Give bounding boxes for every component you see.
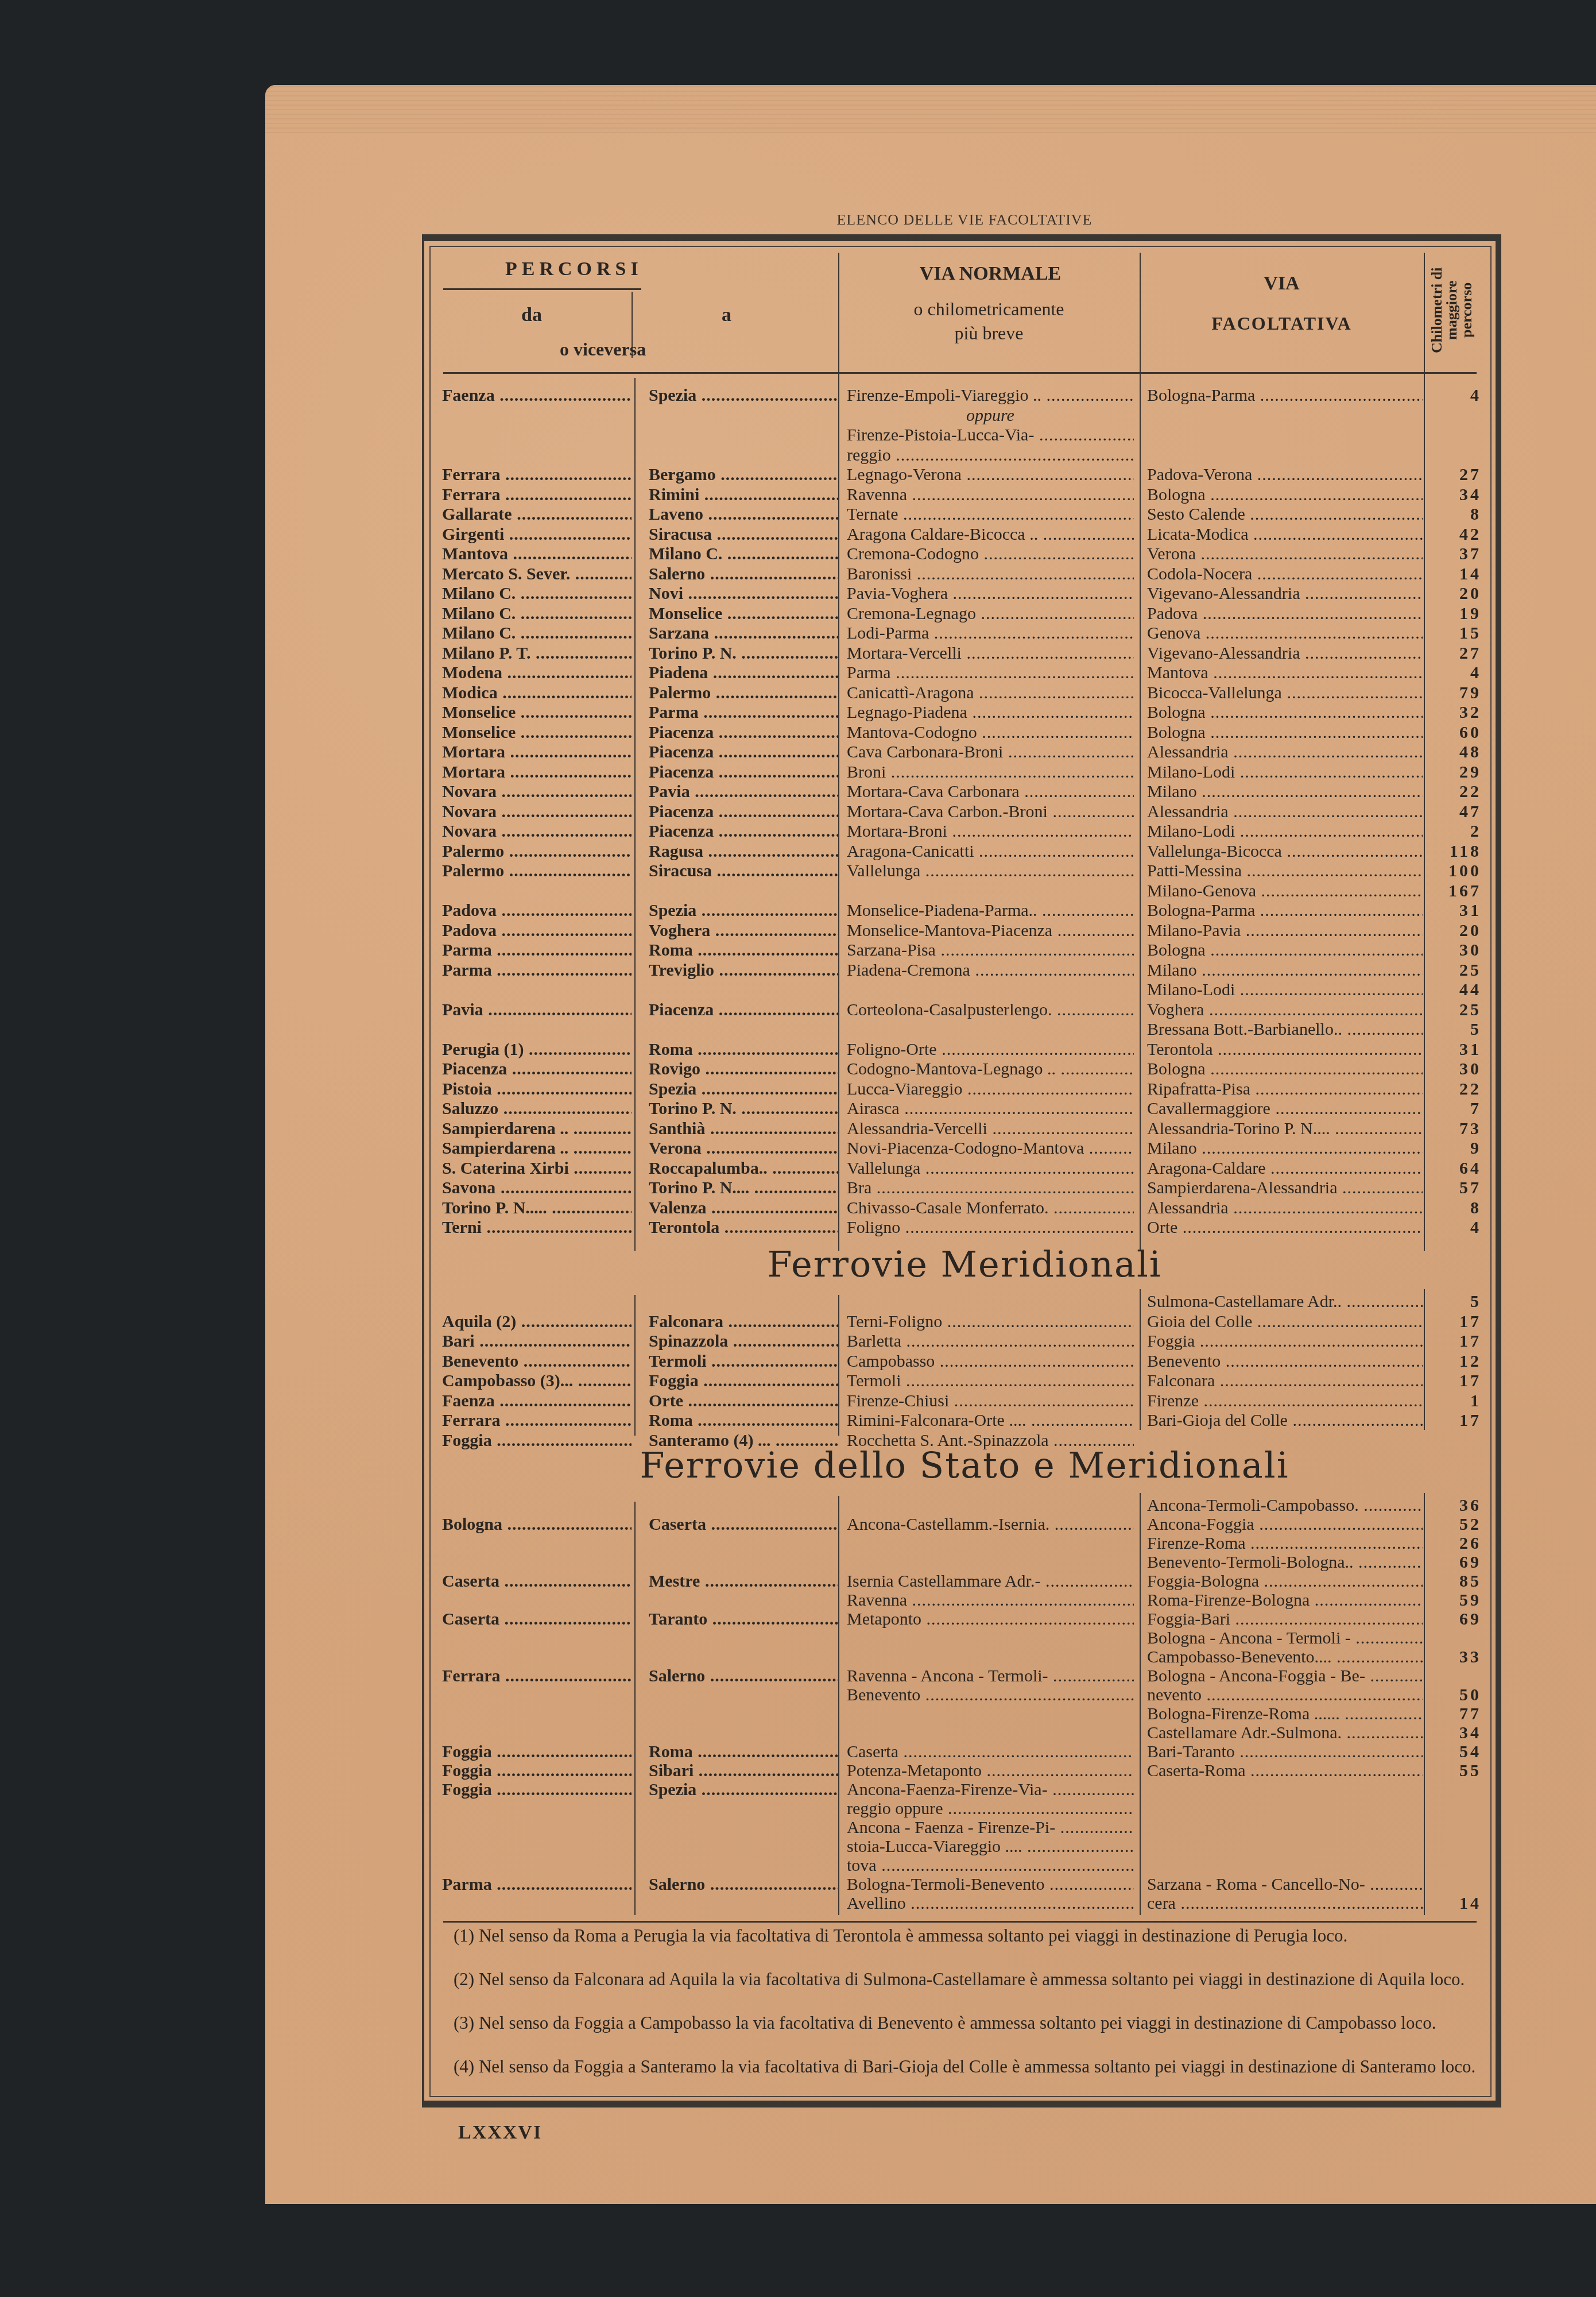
header-via-normale-sub2: più breve [838,323,1140,344]
destination-cell: Roma [649,941,838,960]
origin-cell: Saluzzo [442,1099,632,1119]
destination-cell: Rovigo [649,1059,838,1079]
via-normale-cell: Lodi-Parma [847,624,1134,643]
via-normale-cell: Vallelunga [847,1159,1134,1178]
via-facoltativa-cell: Firenze-Roma [1147,1534,1423,1553]
km-cell: 22 [1424,1080,1481,1099]
km-cell: 100 [1424,861,1481,881]
via-normale-cell: Barletta [847,1332,1134,1351]
via-normale-cell: Ravenna [847,1591,1134,1610]
via-normale-cell: Metaponto [847,1610,1134,1629]
table-row: SavonaTorino P. N....BraSampierdarena-Al… [436,1178,1493,1198]
km-cell: 1 [1424,1391,1481,1411]
header-km: Chilometri di maggiore percorso [1430,253,1475,368]
table-row: Milano C.NoviPavia-VogheraVigevano-Aless… [436,584,1493,604]
header-percorsi-rule [443,288,641,290]
via-normale-cell: Cremona-Codogno [847,544,1134,564]
origin-cell: Parma [442,1875,632,1894]
via-normale-cell: Monselice-Mantova-Piacenza [847,921,1134,941]
origin-cell: Parma [442,941,632,960]
origin-cell: Torino P. N..... [442,1198,632,1218]
table-row: FerraraBergamoLegnago-VeronaPadova-Veron… [436,465,1493,485]
via-normale-cell: Mortara-Cava Carbon.-Broni [847,802,1134,822]
km-cell: 57 [1424,1178,1481,1198]
origin-cell: Monselice [442,703,632,722]
page-stack-edges [265,85,1596,133]
via-facoltativa-cell: Benevento-Termoli-Bologna.. [1147,1553,1423,1572]
table-row: Aquila (2)FalconaraTerni-FolignoGioia de… [436,1312,1493,1332]
km-cell: 8 [1424,505,1481,524]
via-normale-cell: Firenze-Chiusi [847,1391,1134,1411]
table-row: MantovaMilano C.Cremona-CodognoVerona37 [436,544,1493,564]
table-row: reggio oppure [436,1799,1493,1819]
via-normale-cell: Broni [847,763,1134,782]
via-normale-cell: Lucca-Viareggio [847,1080,1134,1099]
via-normale-cell: Ternate [847,505,1134,524]
destination-cell: Spezia [649,386,838,405]
via-facoltativa-cell: Foggia-Bologna [1147,1572,1423,1591]
via-normale-cell: Firenze-Pistoia-Lucca-Via- [847,426,1134,445]
via-facoltativa-cell: Sesto Calende [1147,505,1423,524]
via-facoltativa-cell: Bicocca-Vallelunga [1147,683,1423,703]
km-cell: 47 [1424,802,1481,822]
section-title-stato-meridionali: Ferrovie dello Stato e Meridionali [436,1444,1493,1486]
table-row: MortaraPiacenzaBroniMilano-Lodi29 [436,763,1493,782]
origin-cell: Terni [442,1218,632,1238]
destination-cell: Siracusa [649,525,838,544]
table-row: Beneventonevento50 [436,1685,1493,1705]
via-normale-cell: Monselice-Piadena-Parma.. [847,901,1134,921]
table-row: Bressana Bott.-Barbianello..5 [436,1020,1493,1039]
table-row: FoggiaSibariPotenza-MetapontoCaserta-Rom… [436,1761,1493,1781]
destination-cell: Caserta [649,1515,838,1534]
table-row: PalermoRagusaAragona-CanicattiVallelunga… [436,842,1493,861]
table-row: Ancona - Faenza - Firenze-Pi- [436,1818,1493,1838]
via-facoltativa-cell: Alessandria [1147,802,1423,822]
origin-cell: Milano C. [442,624,632,643]
via-normale-cell: Aragona Caldare-Bicocca .. [847,525,1134,544]
via-facoltativa-cell: Bologna - Ancona-Foggia - Be- [1147,1666,1423,1686]
via-facoltativa-cell: Vallelunga-Bicocca [1147,842,1423,861]
via-normale-cell: Codogno-Mantova-Legnago .. [847,1059,1134,1079]
via-facoltativa-cell: Bologna [1147,703,1423,722]
km-cell: 7 [1424,1099,1481,1119]
destination-cell: Salerno [649,1666,838,1686]
destination-cell: Torino P. N. [649,1099,838,1119]
km-cell: 5 [1424,1292,1481,1312]
via-normale-cell: Mortara-Cava Carbonara [847,782,1134,802]
table-row: PaviaPiacenzaCorteolona-Casalpusterlengo… [436,1000,1493,1020]
origin-cell: Padova [442,901,632,921]
via-normale-cell: Termoli [847,1371,1134,1391]
table-row: NovaraPiacenzaMortara-BroniMilano-Lodi2 [436,822,1493,841]
origin-cell: Benevento [442,1352,632,1371]
header-da: da [521,304,542,326]
origin-cell: Parma [442,961,632,980]
km-cell: 14 [1424,564,1481,584]
origin-cell: Milano C. [442,604,632,624]
via-normale-cell: Alessandria-Vercelli [847,1119,1134,1139]
via-facoltativa-cell: nevento [1147,1685,1423,1705]
destination-cell: Spinazzola [649,1332,838,1351]
destination-cell: Treviglio [649,961,838,980]
via-facoltativa-cell: Bari-Gioja del Colle [1147,1411,1423,1430]
destination-cell: Voghera [649,921,838,941]
table-row: stoia-Lucca-Viareggio .... [436,1837,1493,1857]
table-row: Firenze-Pistoia-Lucca-Via- [436,426,1493,445]
table-row: Benevento-Termoli-Bologna..69 [436,1553,1493,1572]
destination-cell: Spezia [649,901,838,921]
destination-cell: Torino P. N.... [649,1178,838,1198]
km-cell: 20 [1424,584,1481,604]
km-cell: 48 [1424,743,1481,762]
destination-cell: Parma [649,703,838,722]
via-normale-cell: Aragona-Canicatti [847,842,1134,861]
via-facoltativa-cell: Campobasso-Benevento.... [1147,1648,1423,1667]
via-normale-cell: Ancona-Faenza-Firenze-Via- [847,1780,1134,1800]
table-row: Perugia (1)RomaFoligno-OrteTerontola31 [436,1040,1493,1059]
km-cell: 55 [1424,1761,1481,1781]
table-row: Campobasso-Benevento....33 [436,1648,1493,1667]
table-row: Sampierdarena ..VeronaNovi-Piacenza-Codo… [436,1139,1493,1158]
via-normale-cell: Sarzana-Pisa [847,941,1134,960]
destination-cell: Novi [649,584,838,604]
km-cell: 64 [1424,1159,1481,1178]
destination-cell: Palermo [649,683,838,703]
via-normale-cell: Baronissi [847,564,1134,584]
via-facoltativa-cell: Bologna [1147,941,1423,960]
header-facoltativa: FACOLTATIVA [1140,313,1424,334]
table-row: FoggiaRomaCasertaBari-Taranto54 [436,1742,1493,1762]
via-normale-cell: Firenze-Empoli-Viareggio .. [847,386,1134,405]
via-normale-cell: Benevento [847,1685,1134,1705]
destination-cell: Torino P. N. [649,644,838,663]
km-cell: 27 [1424,644,1481,663]
table-row: FerraraRomaRimini-Falconara-Orte ....Bar… [436,1411,1493,1430]
via-facoltativa-cell: Genova [1147,624,1423,643]
via-facoltativa-cell: Padova-Verona [1147,465,1423,485]
via-normale-cell: Corteolona-Casalpusterlengo. [847,1000,1134,1020]
origin-cell: Foggia [442,1742,632,1762]
via-normale-cell: Avellino [847,1894,1134,1913]
running-title: ELENCO DELLE VIE FACOLTATIVE [781,211,1148,229]
km-cell: 59 [1424,1591,1481,1610]
origin-cell: Ferrara [442,485,632,505]
via-facoltativa-cell: Alessandria [1147,1198,1423,1218]
via-facoltativa-cell: Padova [1147,604,1423,624]
destination-cell: Piacenza [649,802,838,822]
via-facoltativa-cell: Benevento [1147,1352,1423,1371]
destination-cell: Salerno [649,1875,838,1894]
via-facoltativa-cell: cera [1147,1894,1423,1913]
table-row: Milano-Genova167 [436,881,1493,901]
via-facoltativa-cell: Sampierdarena-Alessandria [1147,1178,1423,1198]
km-cell: 22 [1424,782,1481,802]
km-cell: 29 [1424,763,1481,782]
origin-cell: Faenza [442,1391,632,1411]
via-facoltativa-cell: Milano [1147,1139,1423,1158]
origin-cell: Monselice [442,723,632,743]
via-normale-cell: Legnago-Verona [847,465,1134,485]
via-normale-cell: tova [847,1856,1134,1876]
table-row: FerraraRiminiRavennaBologna34 [436,485,1493,505]
via-normale-cell: Airasca [847,1099,1134,1119]
origin-cell: Bari [442,1332,632,1351]
km-cell: 50 [1424,1685,1481,1705]
destination-cell: Pavia [649,782,838,802]
via-normale-cell: Mortara-Vercelli [847,644,1134,663]
km-cell: 4 [1424,663,1481,683]
header-bottom-rule [443,372,1477,374]
origin-cell: Mantova [442,544,632,564]
via-facoltativa-cell: Castellamare Adr.-Sulmona. [1147,1723,1423,1743]
km-cell: 167 [1424,881,1481,901]
km-cell: 25 [1424,961,1481,980]
km-cell: 79 [1424,683,1481,703]
table-row: GirgentiSiracusaAragona Caldare-Bicocca … [436,525,1493,544]
destination-cell: Monselice [649,604,838,624]
via-facoltativa-cell: Bressana Bott.-Barbianello.. [1147,1020,1423,1039]
via-facoltativa-cell: Milano-Pavia [1147,921,1423,941]
destination-cell: Valenza [649,1198,838,1218]
table-row: Torino P. N.....ValenzaChivasso-Casale M… [436,1198,1493,1218]
page-number: LXXXVI [458,2122,542,2144]
via-facoltativa-cell: Patti-Messina [1147,861,1423,881]
km-cell: 44 [1424,980,1481,1000]
via-facoltativa-cell: Verona [1147,544,1423,564]
via-facoltativa-cell: Bologna-Parma [1147,386,1423,405]
via-normale-cell: Bra [847,1178,1134,1198]
via-facoltativa-cell: Bari-Taranto [1147,1742,1423,1762]
destination-cell: Piacenza [649,763,838,782]
via-normale-cell: reggio [847,446,1134,465]
via-facoltativa-cell: Firenze [1147,1391,1423,1411]
via-facoltativa-cell: Orte [1147,1218,1423,1238]
origin-cell: Girgenti [442,525,632,544]
header-via-normale: VIA NORMALE [870,263,1111,285]
km-cell: 17 [1424,1411,1481,1430]
table-row: FaenzaSpeziaFirenze-Empoli-Viareggio ..B… [436,386,1493,405]
km-cell: 33 [1424,1648,1481,1667]
via-facoltativa-cell: Vigevano-Alessandria [1147,644,1423,663]
table-row: TerniTerontolaFolignoOrte4 [436,1218,1493,1238]
via-facoltativa-cell: Gioia del Colle [1147,1312,1423,1332]
km-cell: 17 [1424,1371,1481,1391]
origin-cell: Modica [442,683,632,703]
via-normale-cell: Canicattì-Aragona [847,683,1134,703]
origin-cell: Foggia [442,1761,632,1781]
origin-cell: Novara [442,822,632,841]
km-cell: 19 [1424,604,1481,624]
destination-cell: Spezia [649,1780,838,1800]
table-row: Mercato S. Sever.SalernoBaronissiCodola-… [436,564,1493,584]
via-facoltativa-cell: Alessandria-Torino P. N.... [1147,1119,1423,1139]
km-cell: 8 [1424,1198,1481,1218]
km-cell: 17 [1424,1332,1481,1351]
km-cell: 42 [1424,525,1481,544]
via-normale-cell: Terni-Foligno [847,1312,1134,1332]
header-a: a [722,304,731,326]
section-title-meridionali: Ferrovie Meridionali [436,1243,1493,1285]
destination-cell: Foggia [649,1371,838,1391]
via-facoltativa-cell: Bologna [1147,485,1423,505]
km-cell: 9 [1424,1139,1481,1158]
destination-cell: Mestre [649,1572,838,1591]
table-row: Sampierdarena ..SanthiàAlessandria-Verce… [436,1119,1493,1139]
origin-cell: Caserta [442,1572,632,1591]
table-row: CasertaMestreIsernia Castellammare Adr.-… [436,1572,1493,1591]
via-facoltativa-cell: Vigevano-Alessandria [1147,584,1423,604]
table-row: Ancona-Termoli-Campobasso.36 [436,1496,1493,1515]
table-row: PistoiaSpeziaLucca-ViareggioRipafratta-P… [436,1080,1493,1099]
table-row: PiacenzaRovigoCodogno-Mantova-Legnago ..… [436,1059,1493,1079]
via-normale-cell: Piadena-Cremona [847,961,1134,980]
header-percorsi: PERCORSI [505,258,643,280]
km-cell: 17 [1424,1312,1481,1332]
destination-cell: Piacenza [649,1000,838,1020]
table-row: RavennaRoma-Firenze-Bologna59 [436,1591,1493,1610]
via-normale-cell: Campobasso [847,1352,1134,1371]
table-row: FoggiaSpeziaAncona-Faenza-Firenze-Via- [436,1780,1493,1800]
via-facoltativa-cell: Bologna - Ancona - Termoli - [1147,1629,1423,1648]
destination-cell: Piacenza [649,723,838,743]
via-facoltativa-cell: Bologna-Firenze-Roma ...... [1147,1704,1423,1724]
via-normale-cell: oppure [847,406,1134,426]
origin-cell: Novara [442,782,632,802]
via-facoltativa-cell: Milano-Lodi [1147,763,1423,782]
table-row: Campobasso (3)...FoggiaTermoliFalconara1… [436,1371,1493,1391]
via-facoltativa-cell: Ancona-Foggia [1147,1515,1423,1534]
km-cell: 12 [1424,1352,1481,1371]
via-facoltativa-cell: Sarzana - Roma - Cancello-No- [1147,1875,1423,1894]
destination-cell: Roccapalumba.. [649,1159,838,1178]
destination-cell: Laveno [649,505,838,524]
table-row: oppure [436,406,1493,426]
km-cell: 34 [1424,485,1481,505]
via-facoltativa-cell: Aragona-Caldare [1147,1159,1423,1178]
destination-cell: Roma [649,1411,838,1430]
km-cell: 20 [1424,921,1481,941]
via-facoltativa-cell: Falconara [1147,1371,1423,1391]
table-row: Milano C.SarzanaLodi-ParmaGenova15 [436,624,1493,643]
via-normale-cell: Mortara-Broni [847,822,1134,841]
via-normale-cell: Parma [847,663,1134,683]
table-row: BolognaCasertaAncona-Castellamm.-Isernia… [436,1515,1493,1534]
table-row: Castellamare Adr.-Sulmona.34 [436,1723,1493,1743]
km-cell: 37 [1424,544,1481,564]
km-cell: 85 [1424,1572,1481,1591]
destination-cell: Piacenza [649,743,838,762]
destination-cell: Sibari [649,1761,838,1781]
origin-cell: Padova [442,921,632,941]
km-cell: 14 [1424,1894,1481,1913]
origin-cell: Caserta [442,1610,632,1629]
via-normale-cell: Chivasso-Casale Monferrato. [847,1198,1134,1218]
via-normale-cell: Caserta [847,1742,1134,1762]
table-row: SaluzzoTorino P. N.AirascaCavallermaggio… [436,1099,1493,1119]
via-normale-cell: Mantova-Codogno [847,723,1134,743]
km-cell: 77 [1424,1704,1481,1724]
via-facoltativa-cell: Milano-Genova [1147,881,1423,901]
km-cell: 25 [1424,1000,1481,1020]
destination-cell: Ragusa [649,842,838,861]
origin-cell: Perugia (1) [442,1040,632,1059]
km-cell: 4 [1424,386,1481,405]
via-facoltativa-cell: Milano [1147,782,1423,802]
origin-cell: Mortara [442,763,632,782]
via-normale-cell: Pavia-Voghera [847,584,1134,604]
km-cell: 36 [1424,1496,1481,1515]
km-cell: 31 [1424,901,1481,921]
destination-cell: Santhià [649,1119,838,1139]
table-row: FerraraSalernoRavenna - Ancona - Termoli… [436,1666,1493,1686]
via-facoltativa-cell: Foggia [1147,1332,1423,1351]
via-normale-cell: Isernia Castellammare Adr.- [847,1572,1134,1591]
via-normale-cell: stoia-Lucca-Viareggio .... [847,1837,1134,1857]
table-row: ParmaSalernoBologna-Termoli-BeneventoSar… [436,1875,1493,1894]
table-row: Firenze-Roma26 [436,1534,1493,1553]
footnote-4: (4) Nel senso da Foggia a Santeramo la v… [454,2056,1487,2078]
km-cell: 73 [1424,1119,1481,1139]
origin-cell: S. Caterina Xirbi [442,1159,632,1178]
destination-cell: Salerno [649,564,838,584]
via-normale-cell: Foligno-Orte [847,1040,1134,1059]
destination-cell: Roma [649,1040,838,1059]
destination-cell: Spezia [649,1080,838,1099]
header-via-normale-sub1: o chilometricamente [838,299,1140,320]
table-row: NovaraPaviaMortara-Cava CarbonaraMilano2… [436,782,1493,802]
header-via: VIA [1140,273,1424,295]
table-row: ModenaPiadenaParmaMantova4 [436,663,1493,683]
origin-cell: Mercato S. Sever. [442,564,632,584]
origin-cell: Ferrara [442,465,632,485]
km-cell: 31 [1424,1040,1481,1059]
origin-cell: Milano C. [442,584,632,604]
via-normale-cell: Ravenna - Ancona - Termoli- [847,1666,1134,1686]
table-row: FaenzaOrteFirenze-ChiusiFirenze1 [436,1391,1493,1411]
origin-cell: Savona [442,1178,632,1198]
destination-cell: Verona [649,1139,838,1158]
km-cell: 52 [1424,1515,1481,1534]
via-facoltativa-cell: Milano-Lodi [1147,980,1423,1000]
origin-cell: Pavia [442,1000,632,1020]
origin-cell: Ferrara [442,1411,632,1430]
via-normale-cell: Bologna-Termoli-Benevento [847,1875,1134,1894]
origin-cell: Mortara [442,743,632,762]
table-row: Milano P. T.Torino P. N.Mortara-Vercelli… [436,644,1493,663]
via-normale-cell: Ravenna [847,485,1134,505]
origin-cell: Bologna [442,1515,632,1534]
origin-cell: Milano P. T. [442,644,632,663]
destination-cell: Milano C. [649,544,838,564]
table-row: Avellinocera14 [436,1894,1493,1913]
via-facoltativa-cell: Voghera [1147,1000,1423,1020]
via-facoltativa-cell: Cavallermaggiore [1147,1099,1423,1119]
km-cell: 60 [1424,723,1481,743]
km-cell: 26 [1424,1534,1481,1553]
via-normale-cell: Novi-Piacenza-Codogno-Mantova [847,1139,1134,1158]
via-facoltativa-cell: Ancona-Termoli-Campobasso. [1147,1496,1423,1515]
table-row: MonselicePiacenzaMantova-CodognoBologna6… [436,723,1493,743]
via-normale-cell: reggio oppure [847,1799,1134,1819]
table-row: S. Caterina XirbiRoccapalumba..Vallelung… [436,1159,1493,1178]
destination-cell: Rimini [649,485,838,505]
origin-cell: Palermo [442,842,632,861]
via-facoltativa-cell: Ripafratta-Pisa [1147,1080,1423,1099]
km-cell: 118 [1424,842,1481,861]
origin-cell: Sampierdarena .. [442,1119,632,1139]
destination-cell: Falconara [649,1312,838,1332]
